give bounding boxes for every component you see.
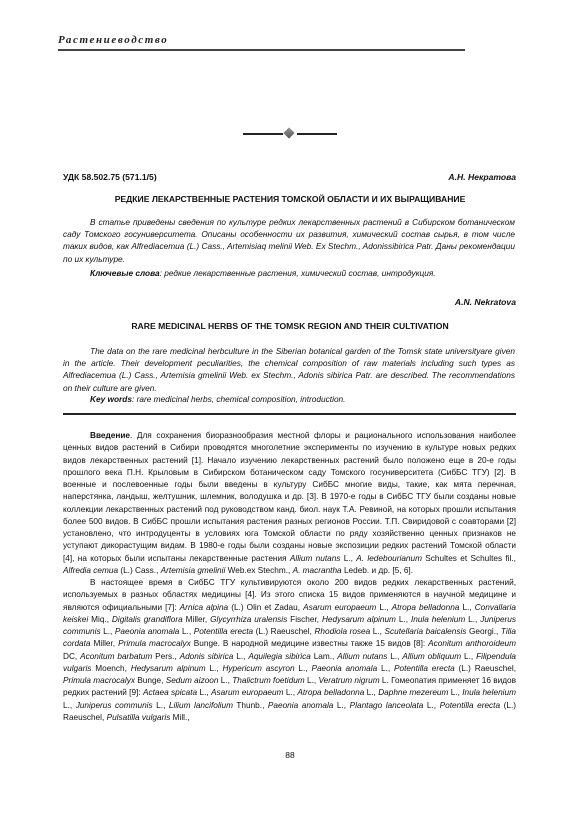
species-authority: L., — [461, 652, 476, 661]
abstract-en: The data on the rare medicinal herbcultu… — [63, 345, 515, 394]
species-authority: L., — [295, 664, 312, 673]
species-authority: Miller, — [183, 615, 210, 624]
species-authority: L., — [197, 688, 211, 697]
paragraph-current: В настоящее время в СибБС ТГУ культивиру… — [63, 577, 516, 724]
species-name: Thalictrum foetidum — [232, 676, 304, 685]
species-name: Adonis sibirica — [180, 652, 234, 661]
species-authority: L., — [377, 664, 394, 673]
species-name: Hedysarum alpinum — [131, 664, 206, 673]
article-body: Введение. Для сохранения биоразнообразия… — [63, 430, 516, 724]
species-name: Scutellaria baicalensis — [385, 627, 467, 636]
species-name: Artemisia gmelinii — [161, 566, 226, 575]
ornament-line-right — [297, 133, 337, 135]
species-authority: L., — [63, 701, 76, 710]
page-number: 88 — [0, 750, 580, 760]
species-name: Paeonia anomala — [268, 701, 333, 710]
keywords-ru: Ключевые слова: редкие лекарственные рас… — [90, 268, 436, 278]
species-authority: L., — [340, 554, 356, 563]
species-authority: Pers., — [152, 652, 179, 661]
species-authority: L., — [459, 603, 474, 612]
article-title-en: RARE MEDICINAL HERBS OF THE TOMSK REGION… — [50, 321, 530, 331]
author-ru: А.Н. Некратова — [448, 172, 516, 182]
species-authority: (L.) Raeuschel, — [455, 664, 516, 673]
ornament-divider — [243, 126, 337, 142]
species-name: Inula helenium — [411, 615, 465, 624]
species-name: Primula macrocalyx — [63, 676, 135, 685]
species-name: Inula helenium — [462, 688, 516, 697]
species-name: Arnica alpina — [180, 603, 228, 612]
species-name: Hedysarum alpinum — [322, 615, 396, 624]
current-text-b: В народной медицине известны также 15 ви… — [223, 639, 428, 648]
species-authority: Schultes et Schultes fil., — [422, 554, 516, 563]
species-authority: L., — [305, 676, 319, 685]
species-authority: Moench, — [91, 664, 130, 673]
species-authority: Bunge. — [191, 639, 223, 648]
species-name: Glycyrrhiza uralensis — [210, 615, 287, 624]
species-name: Potentilla erecta — [194, 627, 253, 636]
species-name: Asarum europaeum — [303, 603, 376, 612]
species-authority: Thunb., — [233, 701, 268, 710]
species-name: Allium nutans — [337, 652, 387, 661]
species-authority: (L.) Raeuschel, — [253, 627, 314, 636]
species-authority: L., — [283, 688, 297, 697]
species-authority: L., — [233, 652, 248, 661]
species-name: Aconitum barbatum — [80, 652, 152, 661]
species-authority: Georgi., — [466, 627, 500, 636]
species-authority: Miq., — [88, 615, 112, 624]
species-name: A. macrantha — [293, 566, 342, 575]
keywords-en: Key words: rare medicinal herbs, chemica… — [90, 394, 345, 404]
species-authority: (L.) Olin et Zadau, — [228, 603, 303, 612]
intro-text: . Для сохранения биоразнообразия местной… — [63, 431, 516, 563]
species-authority: Miller, — [91, 639, 119, 648]
species-name: Pulsatilla vulgaris — [107, 713, 171, 722]
species-name: Hypericum ascyron — [222, 664, 294, 673]
keywords-label-en: Key words — [90, 394, 132, 404]
species-name: Primula macrocalyx — [118, 639, 191, 648]
species-authority: L., — [448, 688, 462, 697]
species-name: Juniperus communis — [76, 701, 153, 710]
species-name: Asarum europaeum — [211, 688, 284, 697]
ornament-line-left — [243, 133, 283, 135]
species-name: Digitalis grandiflora — [112, 615, 183, 624]
species-name: Actaea spicata — [143, 688, 197, 697]
species-name: Allium nutans — [290, 554, 341, 563]
species-name: A. ledebourianum — [356, 554, 422, 563]
abstract-ru: В статье приведены сведения по культуре … — [63, 216, 515, 265]
species-name: Veratrum nigrum — [318, 676, 379, 685]
species-authority: Web.ex Stechm., — [225, 566, 292, 575]
species-authority: L., — [423, 701, 439, 710]
species-name: Plantago lanceolata — [350, 701, 424, 710]
species-name: Lilium lancifolium — [169, 701, 233, 710]
udk-code: УДК 58.502.75 (571.1/5) — [63, 172, 157, 182]
species-authority: (L.) Cass., — [118, 566, 161, 575]
species-authority: L., — [387, 652, 402, 661]
species-name: Atropa belladonna — [392, 603, 460, 612]
species-authority: L., — [396, 615, 411, 624]
species-authority: Bunge, — [135, 676, 166, 685]
species-name: Allium obliquum — [402, 652, 461, 661]
species-authority: Mill., — [170, 713, 189, 722]
species-authority: L., — [179, 627, 193, 636]
species-name: Potentilla erecta — [394, 664, 455, 673]
species-authority: L., — [370, 627, 384, 636]
species-name: Rhodiola rosea — [314, 627, 370, 636]
species-authority: Ledeb. и др. [5, 6]. — [342, 566, 413, 575]
species-name: Paeonia anomala — [115, 627, 180, 636]
running-header-section-title: Растениеводство — [58, 34, 168, 46]
species-authority: L., — [333, 701, 349, 710]
species-authority: L., — [153, 701, 169, 710]
species-name: Potentilla erecta — [440, 701, 500, 710]
species-name: Paeonia anomala — [311, 664, 377, 673]
species-name: Aquilegia sibirica — [248, 652, 311, 661]
species-authority: L., — [376, 603, 391, 612]
species-authority: L., — [465, 615, 480, 624]
keywords-text-ru: : редкие лекарственные растения, химичес… — [160, 268, 436, 278]
species-authority: L., — [101, 627, 115, 636]
species-authority: Fischer, — [287, 615, 322, 624]
keywords-label-ru: Ключевые слова — [90, 268, 160, 278]
section-rule — [63, 413, 516, 415]
species-name: Aconitum anthoroideum — [428, 639, 516, 648]
diamond-icon — [283, 127, 294, 138]
species-name: Atropa belladonna — [297, 688, 364, 697]
article-title-ru: РЕДКИЕ ЛЕКАРСТВЕННЫЕ РАСТЕНИЯ ТОМСКОЙ ОБ… — [50, 194, 530, 204]
species-name: Alfredia cemua — [63, 566, 118, 575]
author-en: A.N. Nekratova — [455, 297, 516, 307]
species-authority: L., — [218, 676, 232, 685]
species-authority: L., — [206, 664, 223, 673]
intro-label: Введение — [90, 431, 130, 440]
species-authority: L. — [380, 676, 391, 685]
paragraph-introduction: Введение. Для сохранения биоразнообразия… — [63, 430, 516, 577]
species-authority: L., — [364, 688, 378, 697]
species-authority: Lam., — [311, 652, 337, 661]
header-rule — [58, 49, 465, 51]
species-name: Daphne mezereum — [378, 688, 448, 697]
species-name: Sedum aizoon — [166, 676, 219, 685]
species-authority: DC, — [63, 652, 80, 661]
keywords-text-en: : rare medicinal herbs, chemical composi… — [132, 394, 346, 404]
